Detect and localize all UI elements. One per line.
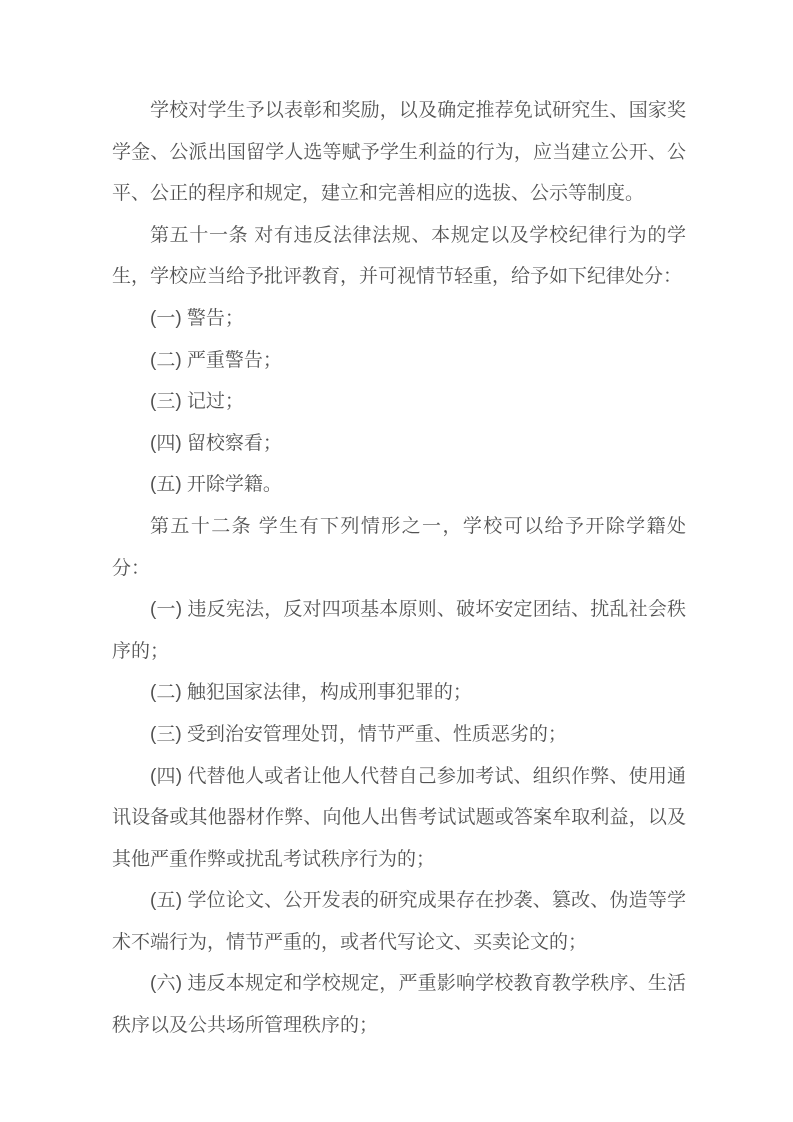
document-body: 学校对学生予以表彰和奖励，以及确定推荐免试研究生、国家奖学金、公派出国留学人选等… — [112, 90, 686, 1047]
paragraph: (三) 受到治安管理处罚，情节严重、性质恶劣的； — [112, 714, 686, 756]
paragraph: (一) 警告； — [112, 298, 686, 340]
paragraph: 第五十二条 学生有下列情形之一，学校可以给予开除学籍处分： — [112, 506, 686, 589]
paragraph: (五) 开除学籍。 — [112, 464, 686, 506]
paragraph: (二) 触犯国家法律，构成刑事犯罪的； — [112, 672, 686, 714]
paragraph: 第五十一条 对有违反法律法规、本规定以及学校纪律行为的学生，学校应当给予批评教育… — [112, 215, 686, 298]
paragraph: (三) 记过； — [112, 381, 686, 423]
paragraph: (五) 学位论文、公开发表的研究成果存在抄袭、篡改、伪造等学术不端行为，情节严重… — [112, 880, 686, 963]
paragraph: (二) 严重警告； — [112, 340, 686, 382]
paragraph: 学校对学生予以表彰和奖励，以及确定推荐免试研究生、国家奖学金、公派出国留学人选等… — [112, 90, 686, 215]
document-page: 学校对学生予以表彰和奖励，以及确定推荐免试研究生、国家奖学金、公派出国留学人选等… — [0, 0, 793, 1122]
paragraph: (一) 违反宪法，反对四项基本原则、破坏安定团结、扰乱社会秩序的； — [112, 589, 686, 672]
paragraph: (四) 留校察看； — [112, 423, 686, 465]
paragraph: (六) 违反本规定和学校规定，严重影响学校教育教学秩序、生活秩序以及公共场所管理… — [112, 963, 686, 1046]
paragraph: (四) 代替他人或者让他人代替自己参加考试、组织作弊、使用通讯设备或其他器材作弊… — [112, 756, 686, 881]
